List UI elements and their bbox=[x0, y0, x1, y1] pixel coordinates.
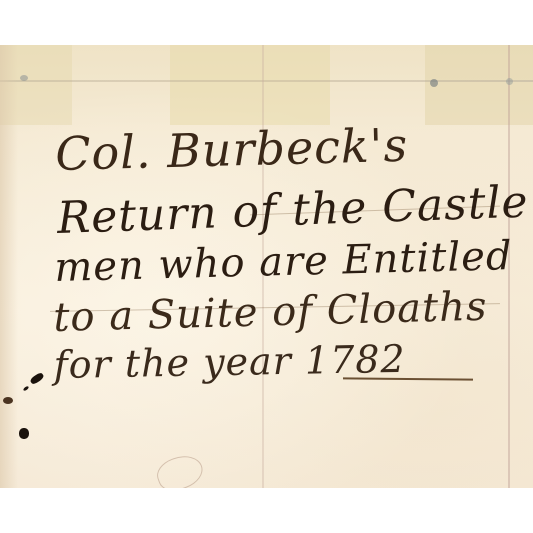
ink-blot bbox=[23, 386, 30, 392]
tape-residue bbox=[425, 45, 533, 125]
tape-residue bbox=[170, 45, 330, 125]
pencil-mark bbox=[153, 450, 207, 488]
stain-spot bbox=[20, 75, 28, 81]
stain-spot bbox=[506, 78, 513, 85]
manuscript-line-4: to a Suite of Cloaths bbox=[53, 284, 488, 341]
ink-blot bbox=[3, 397, 13, 404]
manuscript-line-1: Col. Burbeck's bbox=[55, 118, 409, 181]
fold-line-horizontal bbox=[0, 80, 533, 82]
ink-blot bbox=[19, 428, 29, 439]
ink-blot bbox=[29, 372, 44, 386]
stain-spot bbox=[430, 79, 438, 87]
manuscript-paper: Col. Burbeck's Return of the Castle men … bbox=[0, 45, 533, 488]
paper-edge-stain bbox=[0, 45, 18, 488]
